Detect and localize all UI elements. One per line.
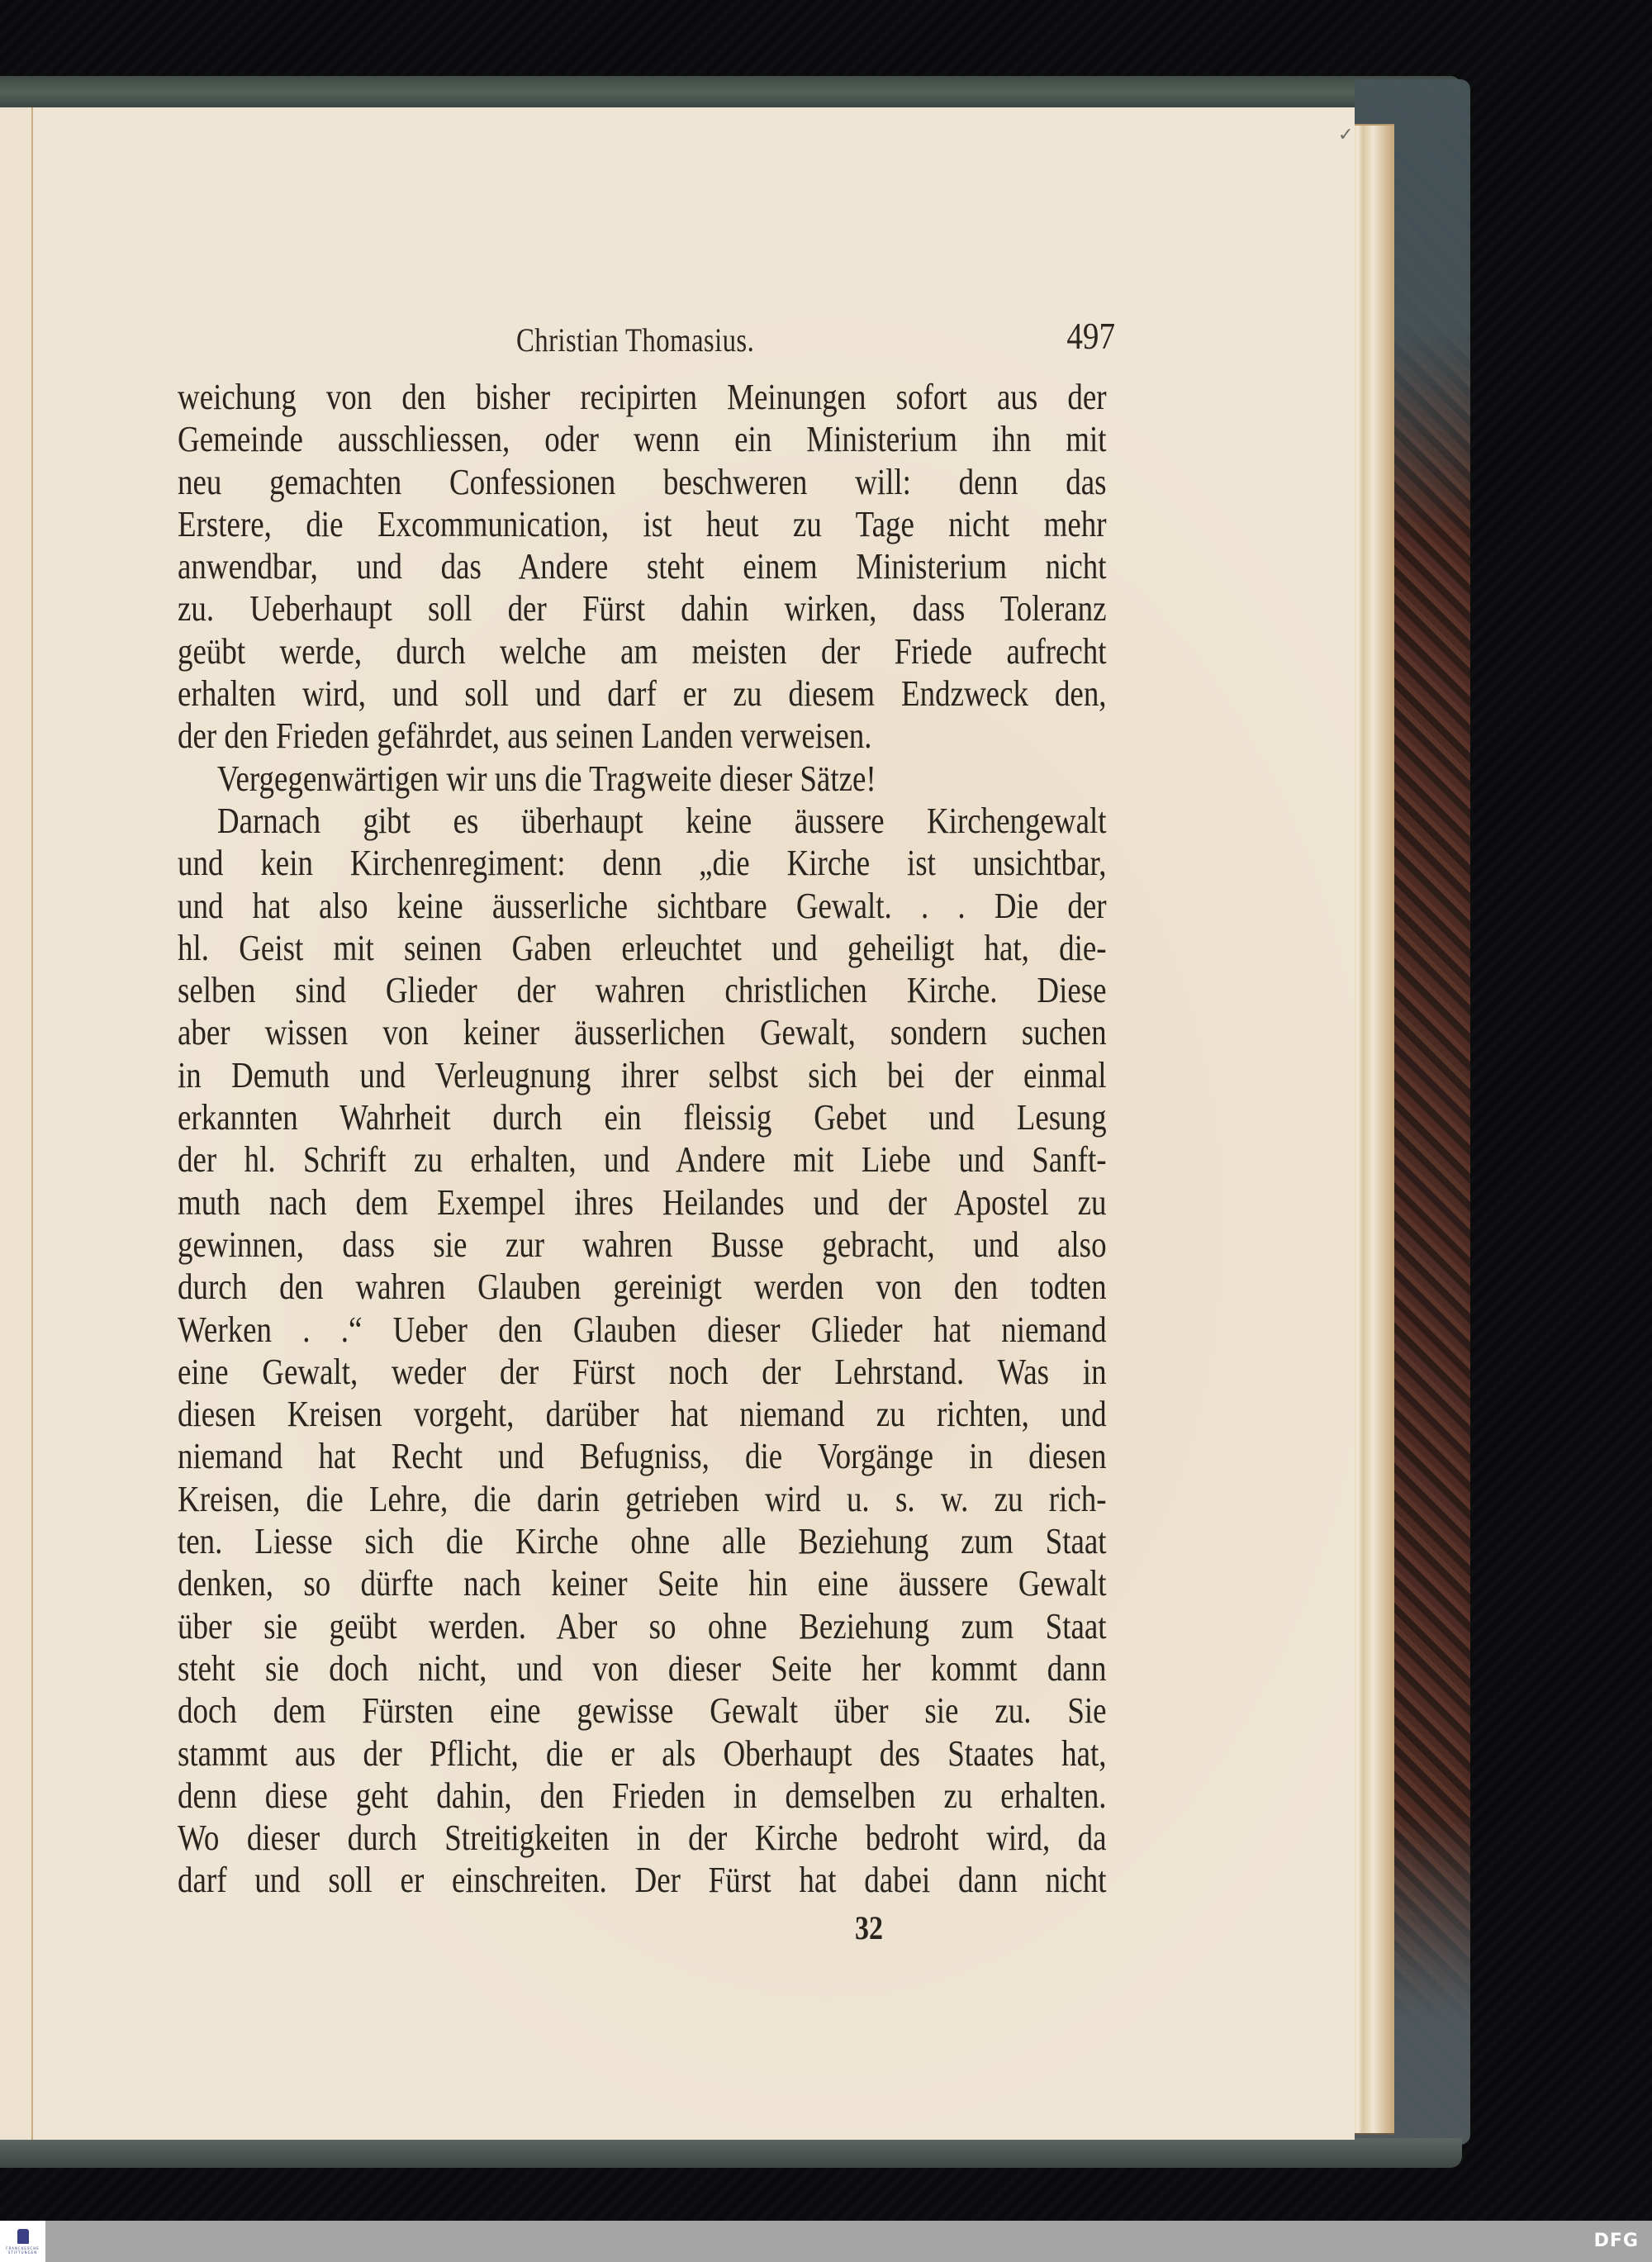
text-line: der den Frieden gefährdet, aus seinen La… — [178, 715, 1107, 757]
text-line: der hl. Schrift zu erhalten, und Andere … — [178, 1138, 1107, 1181]
text-line: und kein Kirchenregiment: denn „die Kirc… — [178, 842, 1107, 884]
text-line: denn diese geht dahin, den Frieden in de… — [178, 1775, 1107, 1817]
text-line: anwendbar, und das Andere steht einem Mi… — [178, 545, 1107, 587]
text-line: darf und soll er einschreiten. Der Fürst… — [178, 1859, 1107, 1901]
text-line: Werken . .“ Ueber den Glauben dieser Gli… — [178, 1309, 1107, 1351]
logo-text-line2: STIFTUNGEN — [8, 2250, 37, 2255]
page-number: 497 — [1066, 314, 1115, 358]
body-text: weichung von den bisher recipirten Meinu… — [178, 376, 1107, 1902]
text-line: muth nach dem Exempel ihres Heilandes un… — [178, 1181, 1107, 1224]
pencil-mark: ✓ — [1338, 124, 1353, 145]
text-line: Gemeinde ausschliessen, oder wenn ein Mi… — [178, 418, 1107, 460]
text-line: Erstere, die Excommunication, ist heut z… — [178, 503, 1107, 545]
viewer-footer-bar: FRANCKESCHE STIFTUNGEN DFG — [0, 2221, 1652, 2262]
text-line: aber wissen von keiner äusserlichen Gewa… — [178, 1011, 1107, 1053]
text-line: gewinnen, dass sie zur wahren Busse gebr… — [178, 1224, 1107, 1266]
text-line: Kreisen, die Lehre, die darin getrieben … — [178, 1478, 1107, 1520]
text-line: ten. Liesse sich die Kirche ohne alle Be… — [178, 1520, 1107, 1562]
text-line: selben sind Glieder der wahren christlic… — [178, 969, 1107, 1011]
text-line: erhalten wird, und soll und darf er zu d… — [178, 672, 1107, 715]
text-line: diesen Kreisen vorgeht, darüber hat niem… — [178, 1393, 1107, 1435]
running-title: Christian Thomasius. — [516, 321, 754, 359]
dfg-logo[interactable]: DFG — [1594, 2231, 1639, 2251]
text-line: weichung von den bisher recipirten Meinu… — [178, 376, 1107, 418]
text-line: niemand hat Recht und Befugniss, die Vor… — [178, 1435, 1107, 1477]
text-line: in Demuth und Verleugnung ihrer selbst s… — [178, 1054, 1107, 1096]
francke-foundation-logo[interactable]: FRANCKESCHE STIFTUNGEN — [0, 2221, 45, 2262]
text-line: erkannten Wahrheit durch ein fleissig Ge… — [178, 1096, 1107, 1138]
text-line: doch dem Fürsten eine gewisse Gewalt übe… — [178, 1689, 1107, 1732]
text-line: über sie geübt werden. Aber so ohne Bezi… — [178, 1605, 1107, 1647]
text-line: zu. Ueberhaupt soll der Fürst dahin wirk… — [178, 587, 1107, 630]
text-line: eine Gewalt, weder der Fürst noch der Le… — [178, 1351, 1107, 1393]
text-line: Darnach gibt es überhaupt keine äussere … — [178, 800, 1107, 842]
book-cover-bottom-edge — [0, 2138, 1462, 2168]
facing-page-edge — [0, 107, 34, 2140]
text-line: neu gemachten Confessionen beschweren wi… — [178, 461, 1107, 503]
text-line: geübt werde, durch welche am meisten der… — [178, 630, 1107, 672]
text-line: hl. Geist mit seinen Gaben erleuchtet un… — [178, 927, 1107, 969]
text-line: Wo dieser durch Streitigkeiten in der Ki… — [178, 1817, 1107, 1859]
text-line: durch den wahren Glauben gereinigt werde… — [178, 1266, 1107, 1308]
signature-mark: 32 — [855, 1908, 883, 1947]
text-line: denken, so dürfte nach keiner Seite hin … — [178, 1562, 1107, 1604]
book-cover-top-edge — [0, 76, 1462, 109]
statue-icon — [17, 2229, 29, 2244]
text-line: steht sie doch nicht, und von dieser Sei… — [178, 1647, 1107, 1689]
text-line: und hat also keine äusserliche sichtbare… — [178, 885, 1107, 927]
text-line: Vergegenwärtigen wir uns die Tragweite d… — [178, 758, 1107, 800]
text-line: stammt aus der Pflicht, die er als Oberh… — [178, 1732, 1107, 1775]
running-head: Christian Thomasius. 497 — [182, 314, 1115, 364]
